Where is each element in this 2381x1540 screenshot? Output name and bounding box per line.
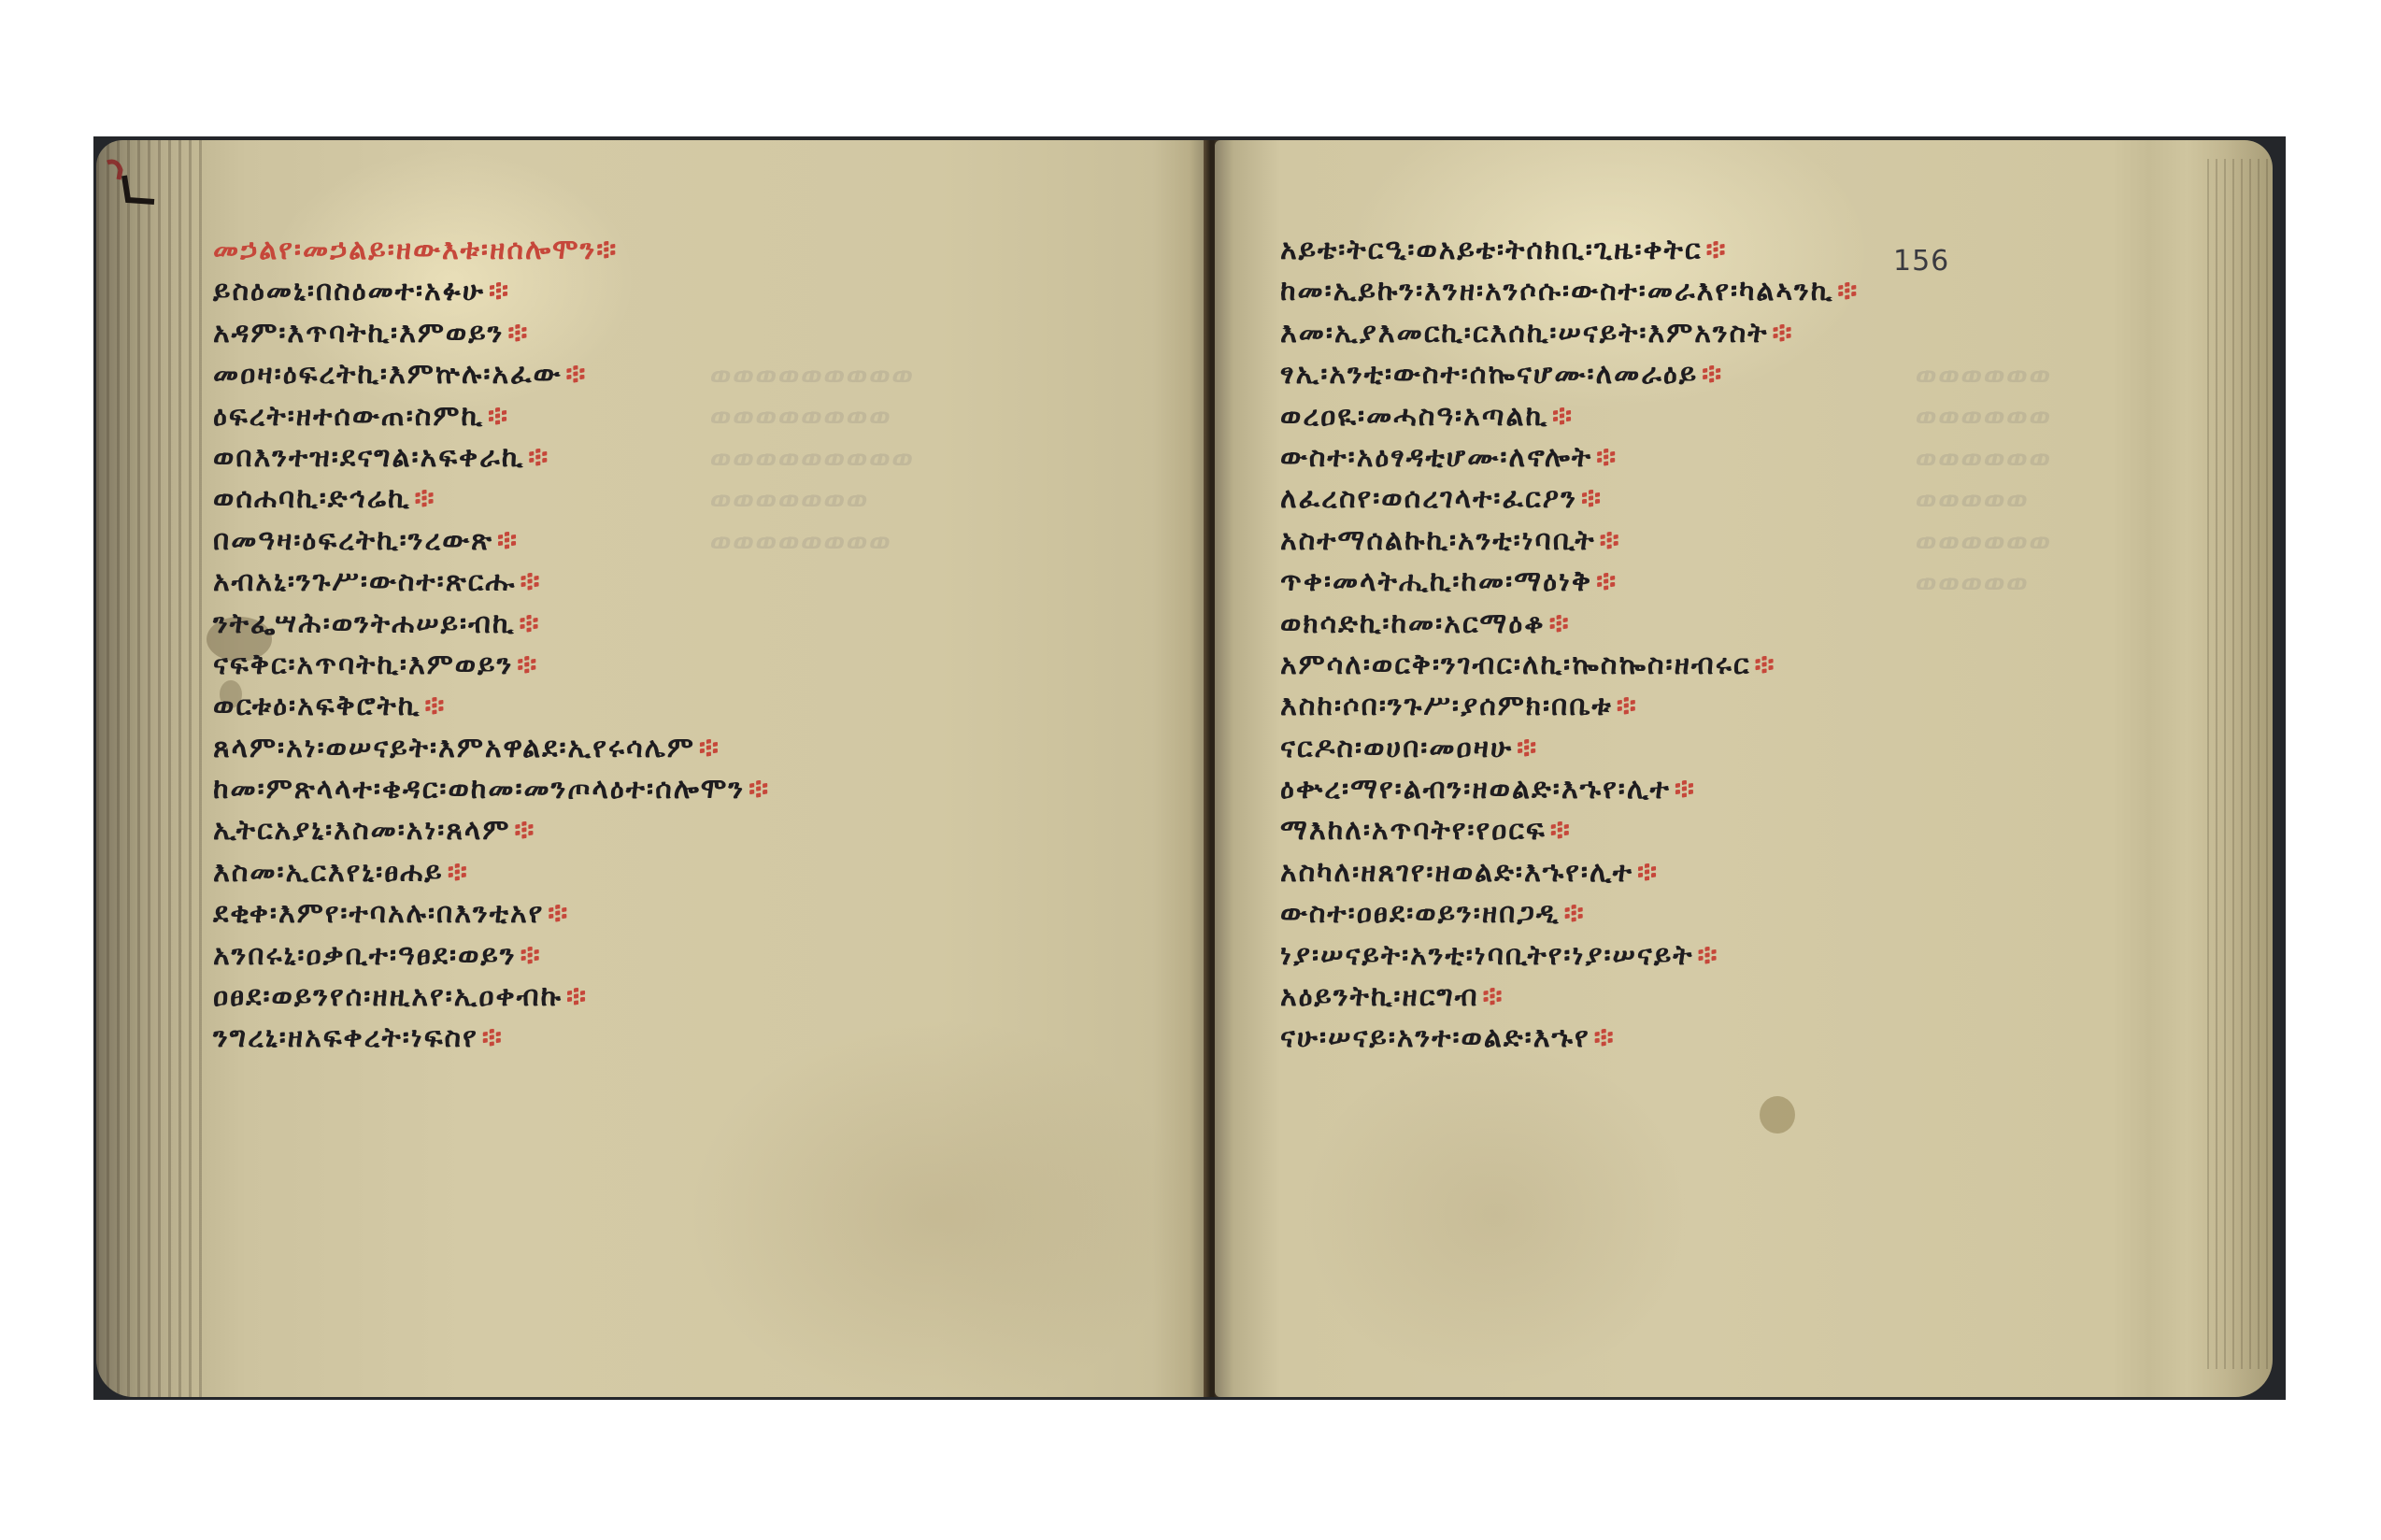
verse-line: ለፈረስየ፡ወሰረገላተ፡ፈርዖን፨: [1280, 478, 1859, 520]
verse-line: አዳም፡እጥባትኪ፡እምወይን፨: [213, 313, 770, 354]
verse-text: ከመ፡ኢይኩን፡እንዘ፡አንሶሱ፡ውስተ፡መራእየ፡ካልኣንኪ: [1280, 275, 1833, 307]
verse-line: ውስተ፡አዕፃዳቲሆሙ፡ለኖሎት፨: [1280, 437, 1859, 478]
folio-number: 156: [1893, 245, 1949, 278]
verse-separator-icon: ፨: [519, 607, 540, 640]
verse-line: እስመ፡ኢርእየኒ፡ፀሐይ፨: [213, 852, 770, 893]
verse-separator-icon: ፨: [1637, 856, 1659, 889]
verse-separator-icon: ፨: [520, 939, 542, 972]
verse-line: መዐዛ፡ዕፍረትኪ፡እምኵሉ፡አፈው፨: [213, 354, 770, 395]
verse-line: ወሰሐባኪ፡ድኅሬኪ፨: [213, 478, 770, 520]
verse-line: ዕፍረት፡ዘተሰውጠ፡ስምኪ፨: [213, 396, 770, 437]
verse-line: ውስተ፡ዐፀደ፡ወይን፡ዘበጋዲ፨: [1280, 893, 1859, 934]
verse-separator-icon: ፨: [566, 980, 588, 1013]
verse-separator-icon: ፨: [1702, 358, 1723, 391]
verse-separator-icon: ፨: [1596, 565, 1618, 598]
verse-text: እስመ፡ኢርእየኒ፡ፀሐይ: [213, 856, 444, 889]
left-page-text: መኃልየ፡መኃልይ፡ዘውእቱ፡ዘሰሎሞን፨ ይስዕመኒ፡በስዕመተ፡አፉሁ፨አዳ…: [213, 230, 770, 1060]
verse-line: ናሁ፡ሠናይ፡አንተ፡ወልድ፡እኁየ፨: [1280, 1018, 1859, 1059]
verse-text: ንግረኒ፡ዘአፍቀረት፡ነፍስየ: [213, 1021, 478, 1054]
verse-text: ውስተ፡አዕፃዳቲሆሙ፡ለኖሎት: [1280, 441, 1592, 474]
verse-line: ጸላም፡አነ፡ወሠናይት፡እምአዋልደ፡ኢየሩሳሌም፨: [213, 728, 770, 769]
verse-separator-icon: ፨: [1596, 441, 1618, 474]
verse-text: ፃኢ፡አንቲ፡ውስተ፡ሰኰናሆሙ፡ለመራዕይ: [1280, 358, 1698, 391]
verse-separator-icon: ፨: [517, 649, 538, 681]
verse-separator-icon: ፨: [520, 565, 541, 598]
verse-separator-icon: ፨: [699, 732, 720, 764]
verse-separator-icon: ፨: [497, 524, 519, 557]
verse-line: ደቂቀ፡እምየ፡ተባአሉ፡በእንቲአየ፨: [213, 893, 770, 934]
verse-separator-icon: ፨: [1594, 1021, 1616, 1054]
verse-line: ማእከለ፡አጥባትየ፡የዐርፍ፨: [1280, 810, 1859, 851]
verse-text: ንትፌሣሕ፡ወንትሐሠይ፡ብኪ: [213, 607, 515, 640]
verse-line: ከመ፡ምጽላላተ፡ቄዳር፡ወከመ፡መንጦላዕተ፡ሰሎሞን፨: [213, 769, 770, 810]
verse-text: ወርቱዕ፡አፍቅሮትኪ: [213, 690, 421, 722]
verse-text: ኢትርአያኒ፡እስመ፡አነ፡ጸላም: [213, 814, 510, 847]
verse-line: አስካለ፡ዘጸገየ፡ዘወልድ፡እኁየ፡ሊተ፨: [1280, 852, 1859, 893]
verse-text: ጥቀ፡መላትሒኪ፡ከመ፡ማዕነቅ: [1280, 565, 1592, 598]
verse-separator-icon: ፨: [488, 400, 509, 433]
verse-separator-icon: ፨: [548, 897, 569, 930]
verse-separator-icon: ፨: [482, 1021, 504, 1054]
verse-text: ናፍቅር፡አጥባትኪ፡እምወይን: [213, 649, 513, 681]
verse-separator-icon: ፨: [514, 814, 535, 847]
verse-line: አምሳለ፡ወርቅ፡ንገብር፡ለኪ፡ኰስኰስ፡ዘብሩር፨: [1280, 645, 1859, 686]
verse-line: ናርዶስ፡ወሀበ፡መዐዛሁ፨: [1280, 728, 1859, 769]
verse-text: አስካለ፡ዘጸገየ፡ዘወልድ፡እኁየ፡ሊተ: [1280, 856, 1633, 889]
chapter-heading: መኃልየ፡መኃልይ፡ዘውእቱ፡ዘሰሎሞን፨: [213, 230, 770, 271]
verse-text: እመ፡ኢያእመርኪ፡ርእሰኪ፡ሠናይት፡እምአንስት: [1280, 317, 1768, 349]
verse-separator-icon: ፨: [749, 773, 770, 806]
verse-line: ወረዐዪ፡መሓስዓ፡አጣልኪ፨: [1280, 396, 1859, 437]
verse-line: ዐፀደ፡ወይንየሰ፡ዘዚአየ፡ኢዐቀብኩ፨: [213, 977, 770, 1018]
verse-line: ይስዕመኒ፡በስዕመተ፡አፉሁ፨: [213, 271, 770, 312]
verse-text: እስከ፡ሶበ፡ንጉሥ፡ያሰምክ፡በቤቱ: [1280, 690, 1613, 722]
verse-line: ፃኢ፡አንቲ፡ውስተ፡ሰኰናሆሙ፡ለመራዕይ፨: [1280, 354, 1859, 395]
verse-separator-icon: ፨: [448, 856, 469, 889]
verse-text: ከመ፡ምጽላላተ፡ቄዳር፡ወከመ፡መንጦላዕተ፡ሰሎሞን: [213, 773, 745, 806]
verse-line: አይቴ፡ትርዒ፡ወአይቴ፡ትሰክቢ፡ጊዜ፡ቀትር፨: [1280, 230, 1859, 271]
verse-text: ጸላም፡አነ፡ወሠናይት፡እምአዋልደ፡ኢየሩሳሌም: [213, 732, 695, 764]
verse-text: አዳም፡እጥባትኪ፡እምወይን: [213, 317, 504, 349]
verse-text: ለፈረስየ፡ወሰረገላተ፡ፈርዖን: [1280, 482, 1577, 515]
verse-line: ነያ፡ሠናይት፡አንቲ፡ነባቢትየ፡ነያ፡ሠናይት፨: [1280, 935, 1859, 977]
verse-line: አንበሩኒ፡ዐቃቢተ፡ዓፀደ፡ወይን፨: [213, 935, 770, 977]
verse-text: ዐፀደ፡ወይንየሰ፡ዘዚአየ፡ኢዐቀብኩ: [213, 980, 563, 1013]
verse-line: አዕይንትኪ፡ዘርግብ፨: [1280, 977, 1859, 1018]
verse-separator-icon: ፨: [1772, 317, 1793, 349]
verse-line: ከመ፡ኢይኩን፡እንዘ፡አንሶሱ፡ውስተ፡መራእየ፡ካልኣንኪ፨: [1280, 271, 1859, 312]
verse-text: አብአኒ፡ንጉሥ፡ውስተ፡ጽርሑ: [213, 565, 516, 598]
verse-text: ነያ፡ሠናይት፡አንቲ፡ነባቢትየ፡ነያ፡ሠናይት: [1280, 939, 1694, 972]
verse-text: አንበሩኒ፡ዐቃቢተ፡ዓፀደ፡ወይን: [213, 939, 517, 972]
verse-separator-icon: ፨: [1698, 939, 1719, 972]
verse-separator-icon: ፨: [1552, 400, 1574, 433]
verse-text: ውስተ፡ዐፀደ፡ወይን፡ዘበጋዲ: [1280, 897, 1561, 930]
verse-line: ንትፌሣሕ፡ወንትሐሠይ፡ብኪ፨: [213, 604, 770, 645]
verse-line: ወክሳድኪ፡ከመ፡አርማዕቆ፨: [1280, 604, 1859, 645]
right-page-text: አይቴ፡ትርዒ፡ወአይቴ፡ትሰክቢ፡ጊዜ፡ቀትር፨ከመ፡ኢይኩን፡እንዘ፡አንሶ…: [1280, 230, 1859, 1060]
verse-separator-icon: ፨: [1600, 524, 1621, 557]
stain: [1760, 1096, 1795, 1134]
verse-text: አምሳለ፡ወርቅ፡ንገብር፡ለኪ፡ኰስኰስ፡ዘብሩር: [1280, 649, 1750, 681]
verse-separator-icon: ፨: [414, 482, 435, 515]
bleed-through-text-left: ወወወወወወወወወወወወወወወወወወወወወወወወወወወወወወወወወወወወወወወወ…: [710, 355, 915, 563]
verse-separator-icon: ፨: [1517, 732, 1538, 764]
bleed-through-text-right: ወወወወወወወወወወወወወወወወወወወወወወወወወወወወወወወወወወ: [1916, 355, 2052, 604]
verse-text: ወበእንተዝ፡ደናግል፡አፍቀራኪ: [213, 441, 524, 474]
verse-text: ናሁ፡ሠናይ፡አንተ፡ወልድ፡እኁየ: [1280, 1021, 1590, 1054]
verse-line: ዕቍረ፡ማየ፡ልብን፡ዘወልድ፡እኁየ፡ሊተ፨: [1280, 769, 1859, 810]
verse-separator-icon: ፨: [1675, 773, 1696, 806]
verse-separator-icon: ፨: [1483, 980, 1504, 1013]
verse-text: መዐዛ፡ዕፍረትኪ፡እምኵሉ፡አፈው: [213, 358, 562, 391]
verse-line: ወርቱዕ፡አፍቅሮትኪ፨: [213, 686, 770, 727]
verse-separator-icon: ፨: [1581, 482, 1603, 515]
verse-text: ወረዐዪ፡መሓስዓ፡አጣልኪ: [1280, 400, 1548, 433]
verse-separator-icon: ፨: [1564, 897, 1586, 930]
verse-line: በመዓዛ፡ዕፍረትኪ፡ንረውጽ፨: [213, 520, 770, 562]
verse-separator-icon: ፨: [1550, 814, 1572, 847]
verse-text: ይስዕመኒ፡በስዕመተ፡አፉሁ: [213, 275, 485, 307]
verse-line: አስተማሰልኩኪ፡አንቲ፡ነባቢት፨: [1280, 520, 1859, 562]
verse-separator-icon: ፨: [1549, 607, 1571, 640]
verse-separator-icon: ፨: [1706, 234, 1728, 266]
verse-separator-icon: ፨: [424, 690, 446, 722]
verse-text: ናርዶስ፡ወሀበ፡መዐዛሁ: [1280, 732, 1513, 764]
verse-text: ዕፍረት፡ዘተሰውጠ፡ስምኪ: [213, 400, 484, 433]
verse-text: አይቴ፡ትርዒ፡ወአይቴ፡ትሰክቢ፡ጊዜ፡ቀትር: [1280, 234, 1703, 266]
verse-separator-icon: ፨: [528, 441, 549, 474]
verse-separator-icon: ፨: [1617, 690, 1638, 722]
corner-mark-icon: [100, 157, 156, 213]
verse-separator-icon: ፨: [1837, 275, 1859, 307]
verse-text: አስተማሰልኩኪ፡አንቲ፡ነባቢት: [1280, 524, 1596, 557]
verse-text: አዕይንትኪ፡ዘርግብ: [1280, 980, 1479, 1013]
verse-line: አብአኒ፡ንጉሥ፡ውስተ፡ጽርሑ፨: [213, 562, 770, 603]
verse-separator-icon: ፨: [565, 358, 587, 391]
verse-text: ወሰሐባኪ፡ድኅሬኪ: [213, 482, 410, 515]
verse-line: ናፍቅር፡አጥባትኪ፡እምወይን፨: [213, 645, 770, 686]
verse-line: ጥቀ፡መላትሒኪ፡ከመ፡ማዕነቅ፨: [1280, 562, 1859, 603]
verse-line: ወበእንተዝ፡ደናግል፡አፍቀራኪ፨: [213, 437, 770, 478]
verse-separator-icon: ፨: [507, 317, 529, 349]
verse-text: በመዓዛ፡ዕፍረትኪ፡ንረውጽ: [213, 524, 493, 557]
verse-text: ወክሳድኪ፡ከመ፡አርማዕቆ: [1280, 607, 1546, 640]
verse-separator-icon: ፨: [1754, 649, 1775, 681]
verse-text: ዕቍረ፡ማየ፡ልብን፡ዘወልድ፡እኁየ፡ሊተ: [1280, 773, 1671, 806]
verse-separator-icon: ፨: [489, 275, 510, 307]
verse-line: እመ፡ኢያእመርኪ፡ርእሰኪ፡ሠናይት፡እምአንስት፨: [1280, 313, 1859, 354]
verse-line: ንግረኒ፡ዘአፍቀረት፡ነፍስየ፨: [213, 1018, 770, 1059]
verse-line: ኢትርአያኒ፡እስመ፡አነ፡ጸላም፨: [213, 810, 770, 851]
verse-text: ደቂቀ፡እምየ፡ተባአሉ፡በእንቲአየ: [213, 897, 544, 930]
verse-line: እስከ፡ሶበ፡ንጉሥ፡ያሰምክ፡በቤቱ፨: [1280, 686, 1859, 727]
verse-text: ማእከለ፡አጥባትየ፡የዐርፍ: [1280, 814, 1547, 847]
